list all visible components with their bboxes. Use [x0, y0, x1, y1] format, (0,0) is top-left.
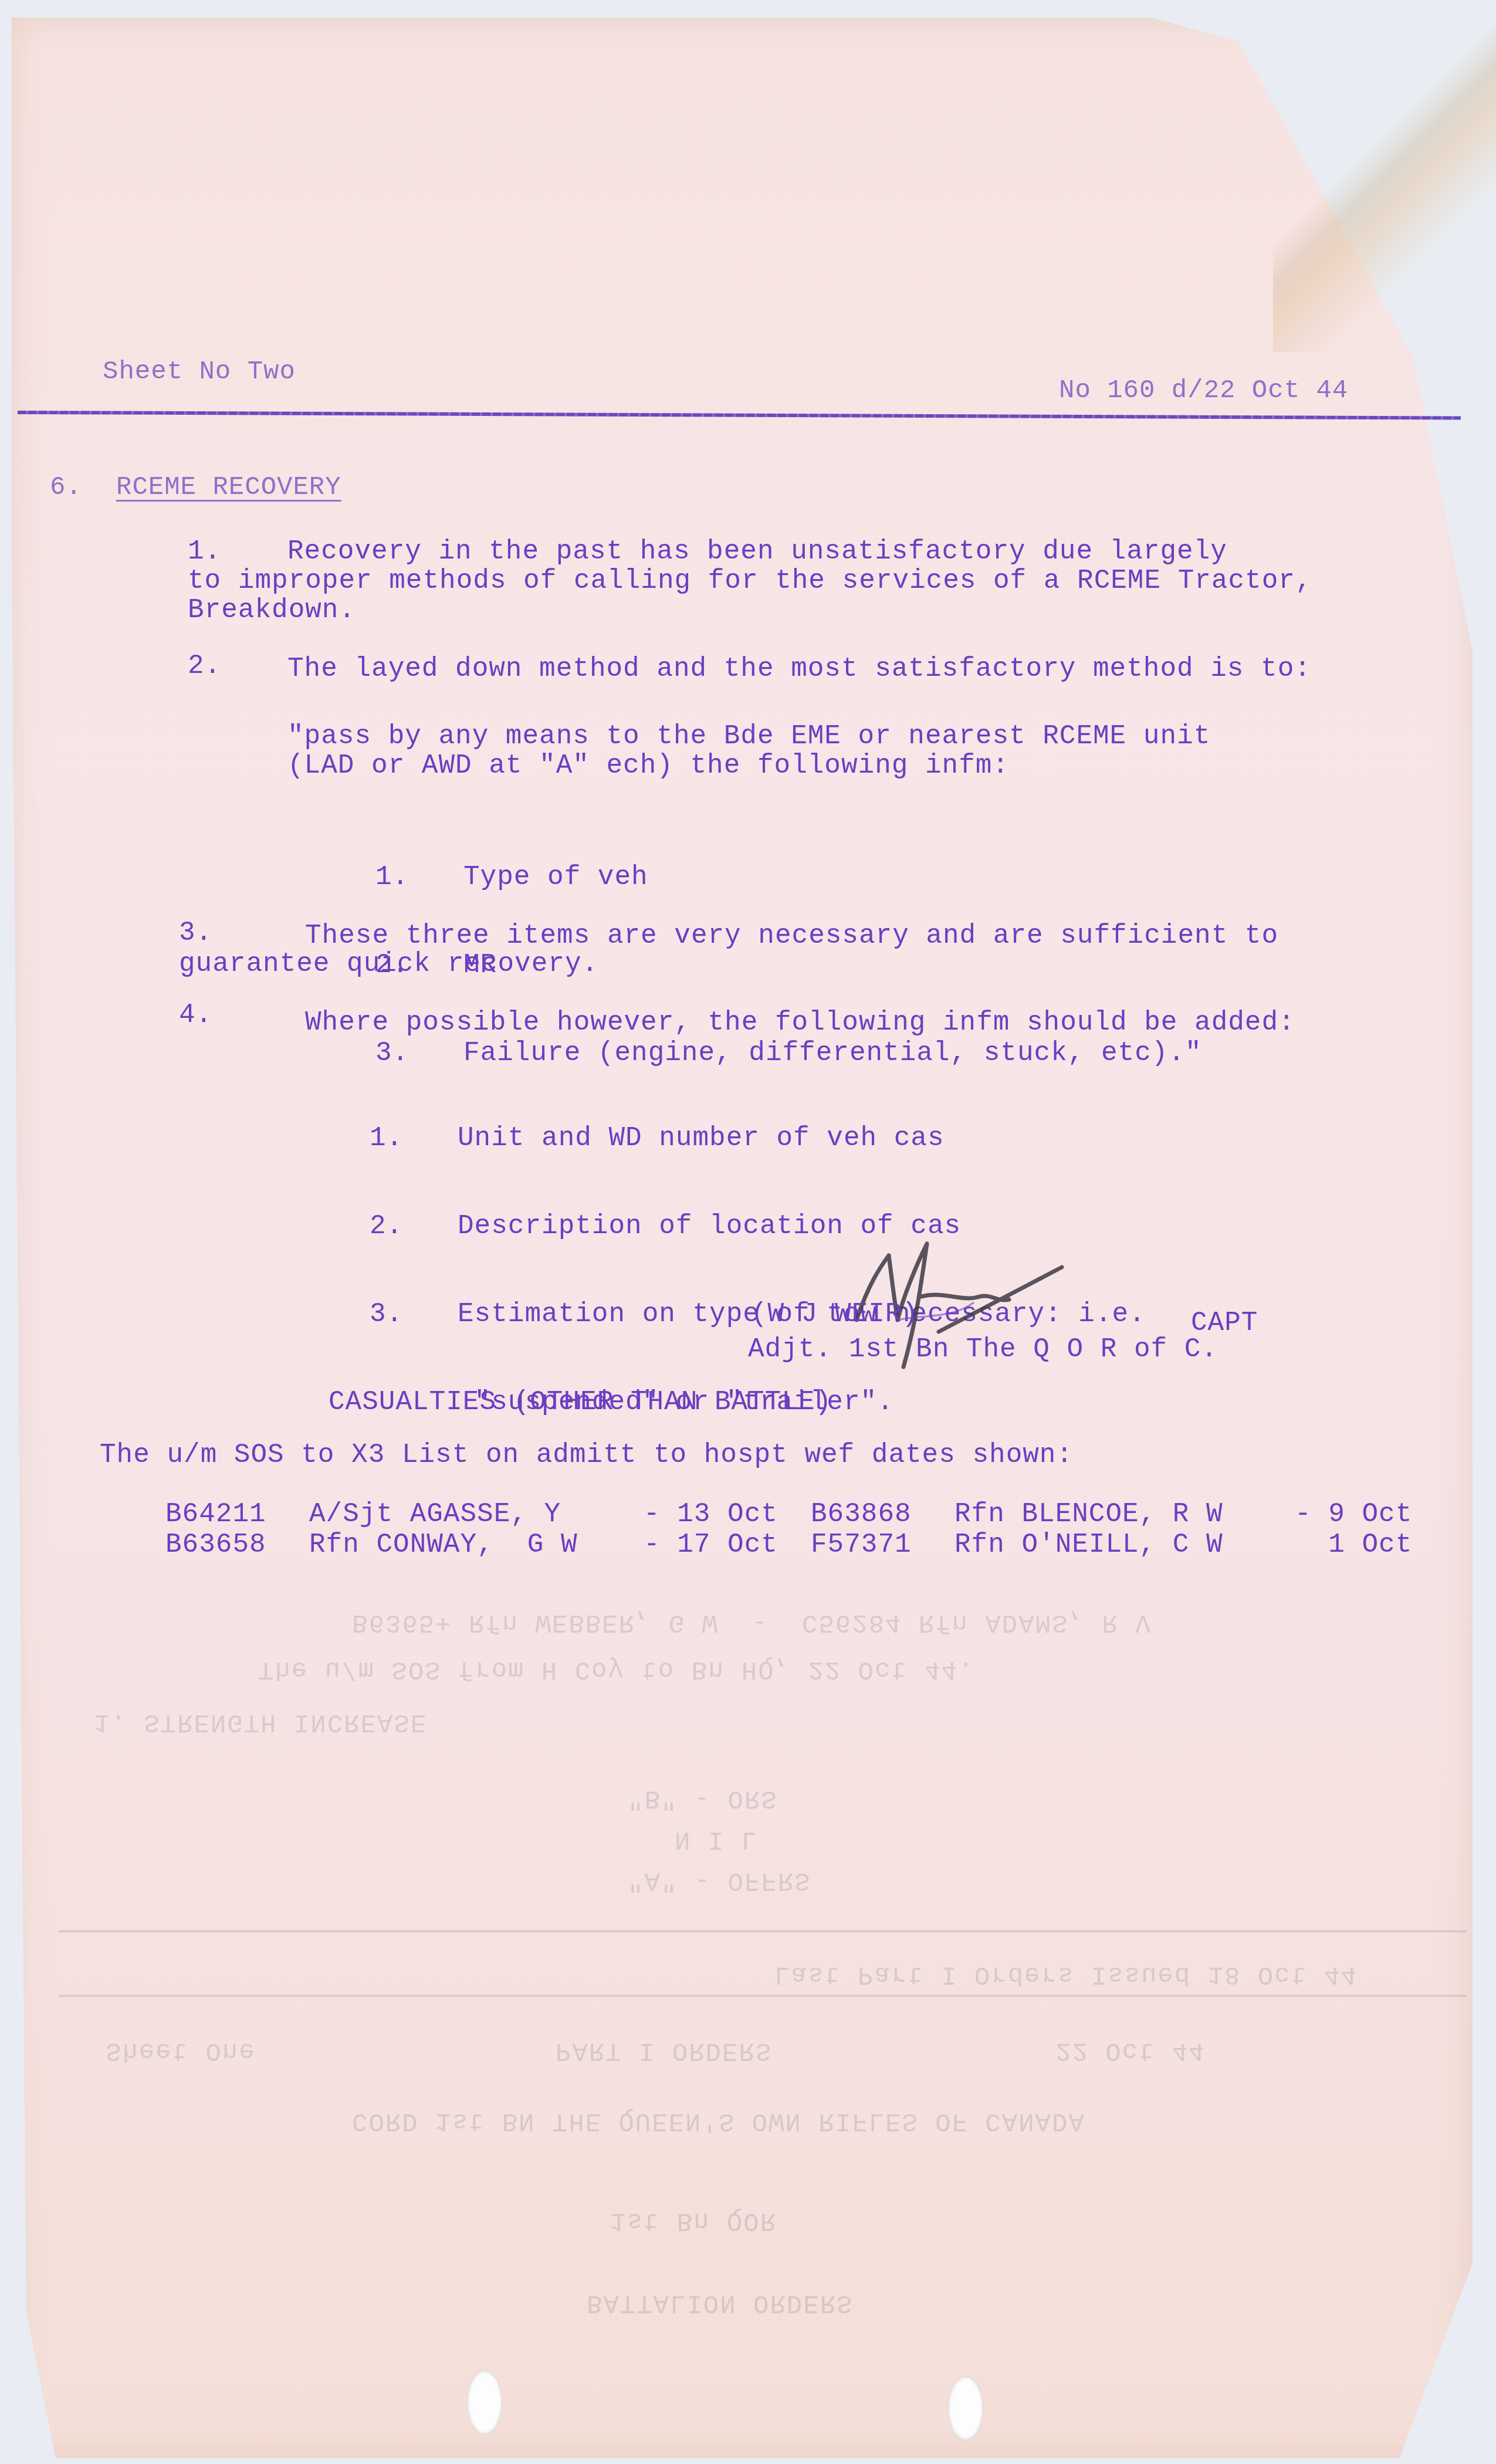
para-4-line-1: Where possible however, the following in… — [305, 1008, 1295, 1037]
para-2-line-1: The layed down method and the most satis… — [287, 654, 1311, 683]
signatory-rank: CAPT — [1191, 1308, 1258, 1338]
bleed-through-rule — [59, 1995, 1467, 1997]
para-2-quote-1: "pass by any means to the Bde EME or nea… — [287, 722, 1210, 751]
bleed-through-text: N I L — [675, 1825, 758, 1854]
casualties-title: CASUALTIES (OTHER THAN BATTLE) — [329, 1387, 832, 1417]
bleed-through-text: B6365+ Rfn WEBBER, G W - C56284 Rfn ADAM… — [352, 1607, 1152, 1637]
table-row: B63658 Rfn CONWAY, G W - 17 Oct F57371 R… — [165, 1529, 1412, 1560]
bleed-through-text: The u/m SOS from H Coy to Bn HQ, 22 Oct … — [258, 1654, 974, 1684]
table-row: B64211 A/Sjt AGASSE, Y - 13 Oct B63868 R… — [165, 1499, 1412, 1529]
order-reference: No 160 d/22 Oct 44 — [1059, 375, 1348, 406]
para-3-line-1: These three items are very necessary and… — [305, 921, 1278, 950]
bleed-through-text: Last Part I Orders Issued 18 Oct 44 — [774, 1959, 1358, 1989]
signatory-name: (W J WEIR) — [751, 1299, 919, 1329]
casualties-table: B64211 A/Sjt AGASSE, Y - 13 Oct B63868 R… — [165, 1499, 1412, 1560]
list-item: 1.Type of veh — [375, 862, 1202, 892]
para-1-line-1: Recovery in the past has been unsatisfac… — [287, 537, 1227, 566]
list-item: 1.Unit and WD number of veh cas — [370, 1123, 1146, 1153]
bleed-through-text: "B" - ORS — [628, 1783, 778, 1813]
list-item: 3.Failure (engine, differential, stuck, … — [375, 1038, 1202, 1068]
sheet-number: Sheet No Two — [103, 357, 296, 387]
para-2-number: 2. — [188, 651, 221, 681]
punch-hole — [466, 2370, 503, 2435]
bleed-through-text: BATTALION ORDERS — [587, 2288, 853, 2317]
punch-hole — [947, 2376, 984, 2441]
bleed-through-text: Sheet One PART I ORDERS 22 Oct 44 — [106, 2036, 1206, 2065]
para-1-number: 1. — [188, 537, 221, 566]
signatory-appointment: Adjt. 1st Bn The Q O R of C. — [748, 1335, 1218, 1364]
section-number: 6. — [50, 472, 82, 503]
bleed-through-text: 1st Bn QOR — [610, 2206, 777, 2235]
para-1-line-2: to improper methods of calling for the s… — [188, 566, 1312, 595]
bleed-through-rule — [59, 1930, 1467, 1932]
para-1-line-3: Breakdown. — [188, 595, 356, 625]
para-3-number: 3. — [179, 918, 212, 947]
bleed-through-text: 1. STRENGTH INCREASE — [94, 1707, 427, 1737]
section-title: RCEME RECOVERY — [116, 472, 341, 503]
casualties-intro: The u/m SOS to X3 List on admitt to hosp… — [100, 1440, 1073, 1470]
bleed-through-text: "A" - OFFRS — [628, 1866, 811, 1895]
para-2-quote-2: (LAD or AWD at "A" ech) the following in… — [287, 751, 1009, 780]
bleed-through-text: CORD 1st BN THE QUEEN'S OWN RIFLES OF CA… — [352, 2106, 1085, 2135]
para-3-line-2: guarantee quick recovery. — [179, 949, 598, 979]
para-4-number: 4. — [179, 1000, 212, 1030]
